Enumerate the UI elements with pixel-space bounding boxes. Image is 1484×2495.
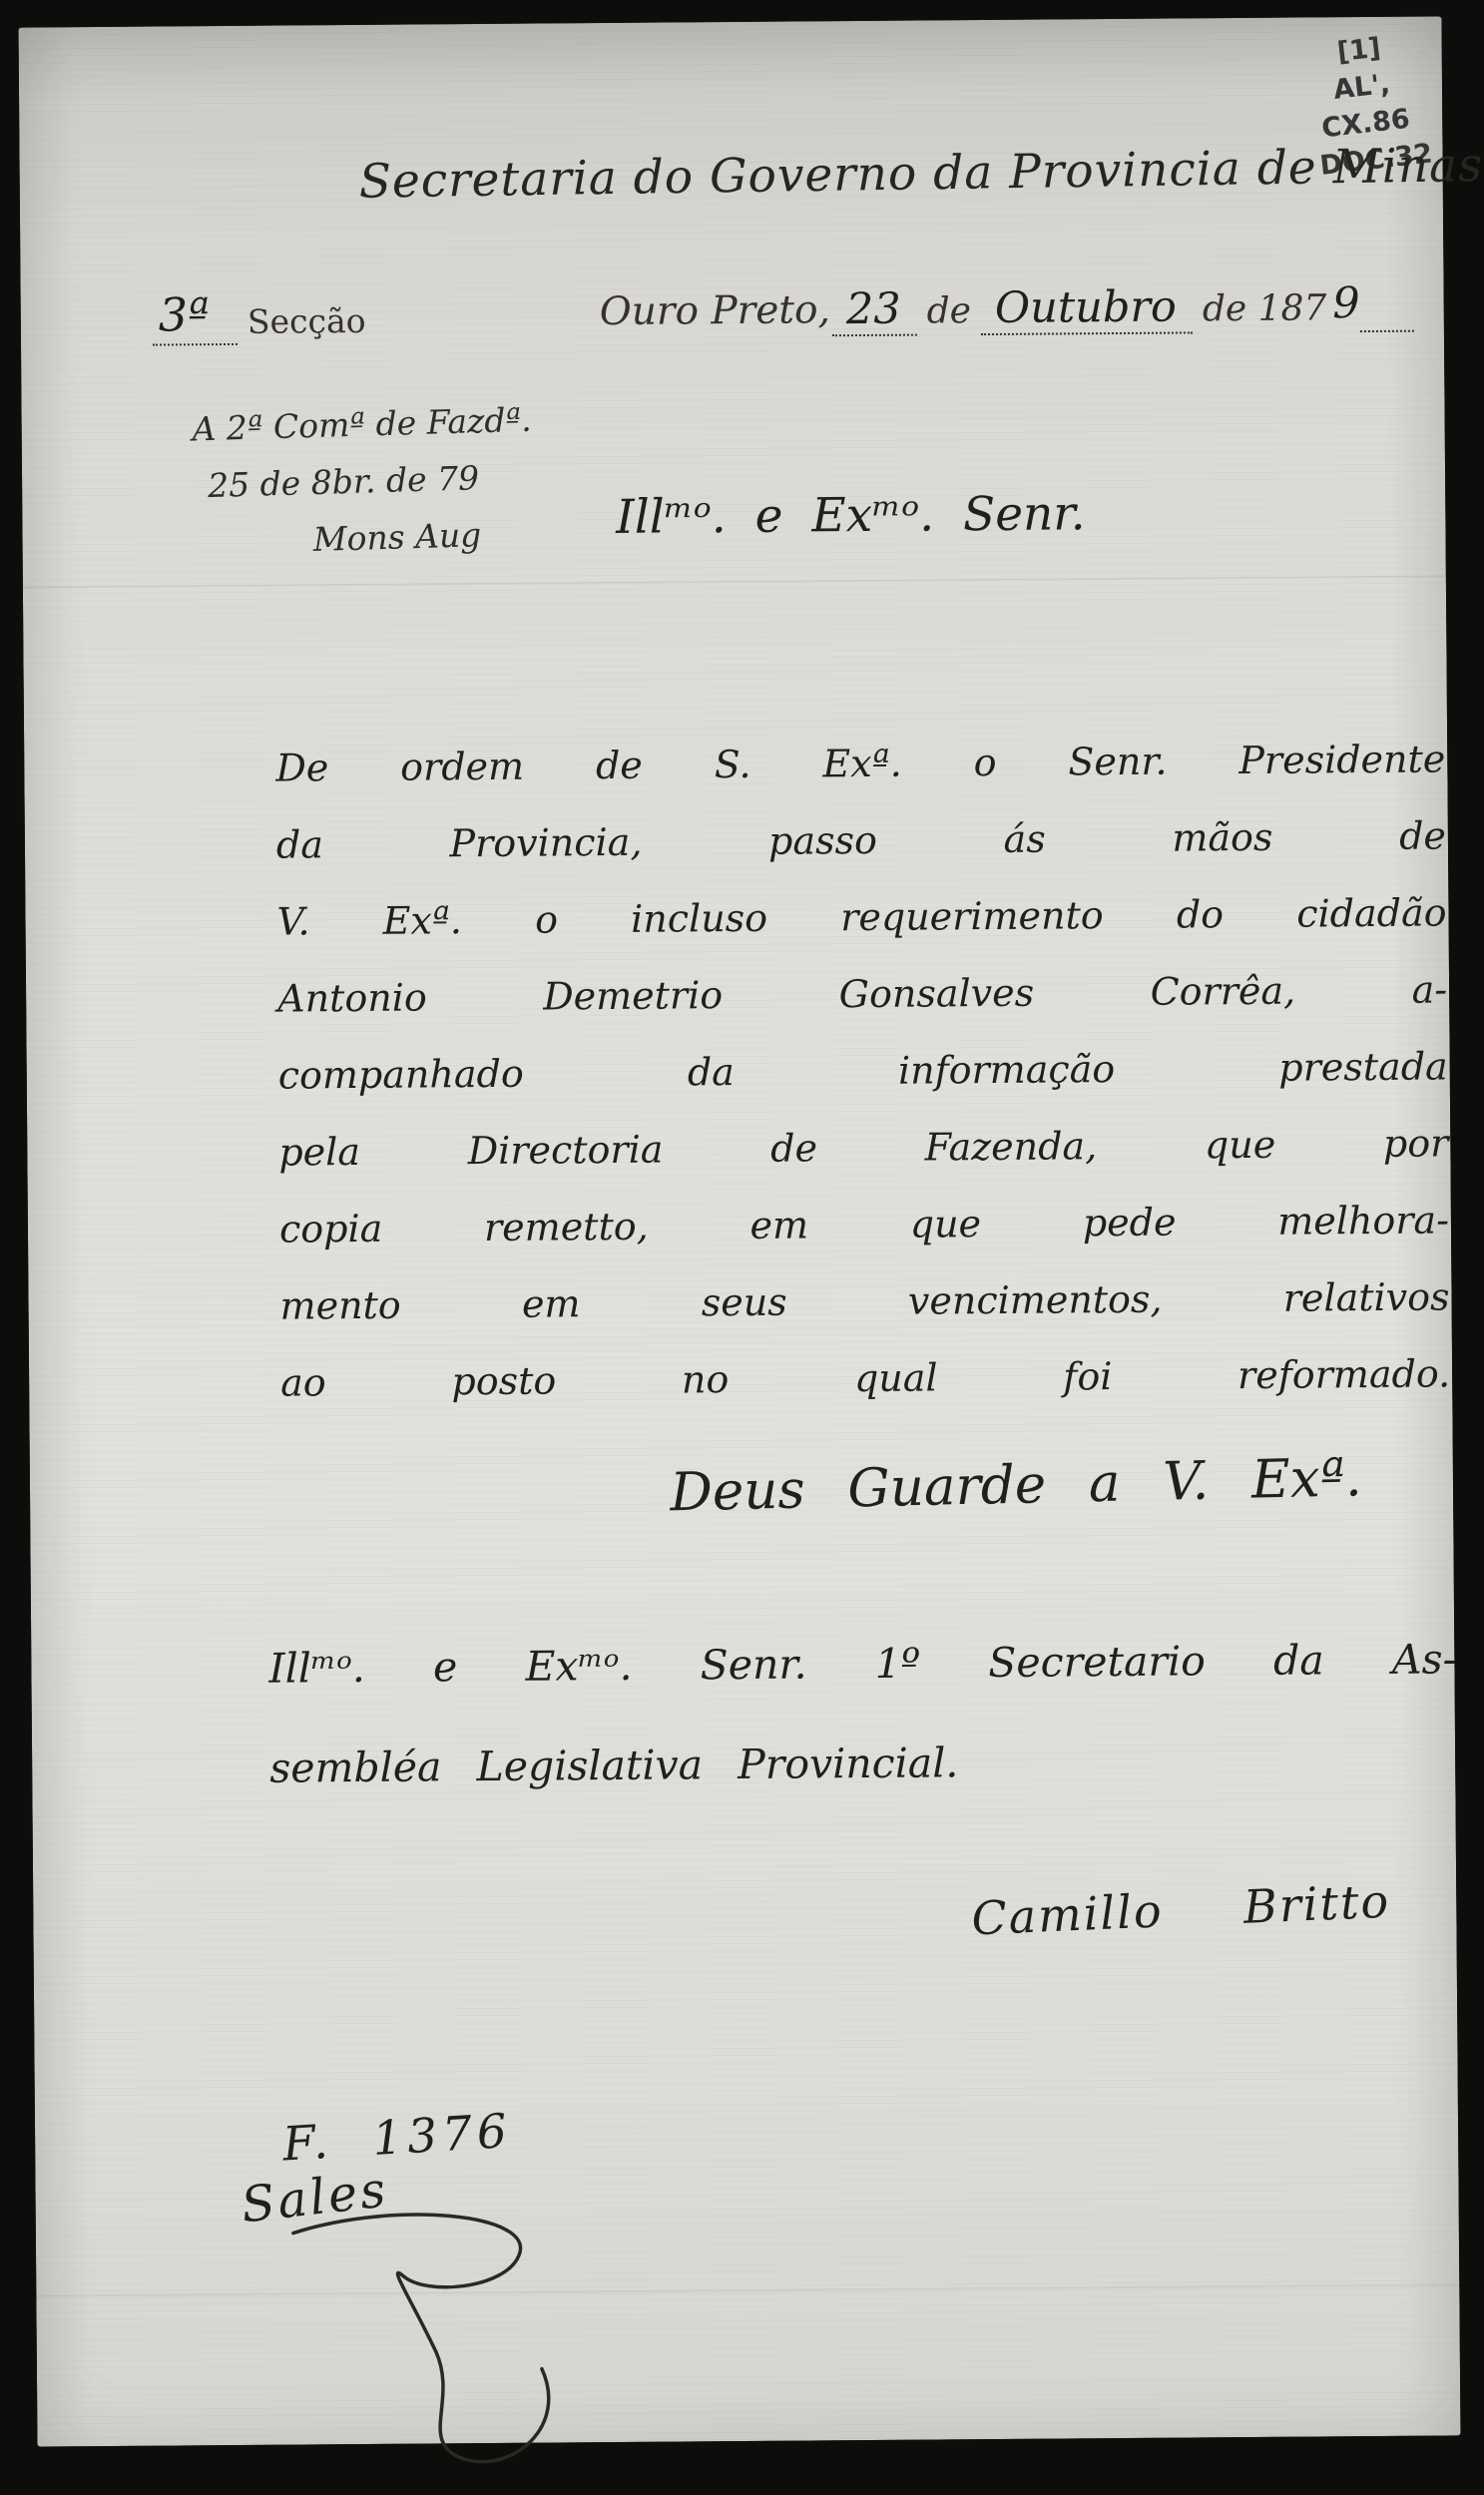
letter-body: De ordem de S. Exª. o Senr. Presidente d…: [275, 721, 1450, 1421]
scanned-document-photo: { "palette": { "background": "#0d0d0c", …: [0, 0, 1484, 2495]
body-line: De ordem de S. Exª. o Senr. Presidente: [275, 721, 1446, 806]
body-line: da Provincia, passo ás mãos de: [276, 797, 1447, 883]
body-line: copia remetto, em que pede melhora-: [279, 1182, 1450, 1267]
filing-number: F. 1376: [281, 2104, 514, 2173]
closing-formula: Deus Guarde a V. Exª.: [576, 1445, 1455, 1525]
body-line: ao posto no qual foi reformado.: [280, 1335, 1451, 1421]
rubric-flourish: [285, 2211, 617, 2483]
paper-fold-line: [23, 575, 1446, 588]
section-label-printed: Secção: [247, 301, 366, 345]
secretary-signature: Camillo Britto: [970, 1874, 1391, 1946]
section-number-handwritten: 3ª: [153, 287, 239, 346]
body-line: pela Directoria de Fazenda, que por: [278, 1105, 1449, 1191]
de-printed: de: [918, 290, 979, 335]
margin-note-line: A 2ª Comª de Fazdª.: [192, 391, 533, 458]
letter-paper: [1] AL', CX.86 DOC.32 Secretaria do Gove…: [19, 16, 1461, 2446]
day-handwritten: 23: [832, 284, 917, 337]
year-digit-handwritten: 9: [1332, 278, 1360, 332]
year-prefix-printed: de 187: [1195, 287, 1335, 333]
dateline: Ouro Preto, 23 de Outubro de 187 9: [600, 278, 1414, 338]
section-line: 3ª Secção: [153, 286, 366, 346]
date-fill-line: [1360, 286, 1414, 332]
margin-note-line: 25 de 8br. de 79: [207, 448, 534, 514]
place-printed: Ouro Preto,: [600, 287, 831, 338]
month-handwritten: Outubro: [981, 281, 1193, 335]
letterhead-title: Secretaria do Governo da Provincia de Mi…: [358, 139, 1437, 210]
despatch-margin-note: A 2ª Comª de Fazdª. 25 de 8br. de 79 Mon…: [158, 391, 536, 573]
addressee-block: Illᵐᵒ. e Exᵐᵒ. Senr. 1º Secretario da As…: [268, 1609, 1458, 1817]
body-line: V. Exª. o incluso requerimento do cidadã…: [276, 874, 1447, 960]
paper-fold-line: [36, 2283, 1459, 2296]
addressee-line: sembléa Legislativa Provincial.: [269, 1709, 1458, 1817]
body-line: mento em seus vencimentos, relativos: [279, 1258, 1450, 1344]
body-line: companhado da informação prestada: [277, 1028, 1448, 1114]
margin-note-rubric: Mons Aug: [312, 505, 536, 568]
addressee-line: Illᵐᵒ. e Exᵐᵒ. Senr. 1º Secretario da As…: [268, 1609, 1457, 1718]
body-line: Antonio Demetrio Gonsalves Corrêa, a-: [277, 951, 1448, 1037]
salutation: Illᵐᵒ. e Exᵐᵒ. Senr.: [541, 486, 1160, 546]
